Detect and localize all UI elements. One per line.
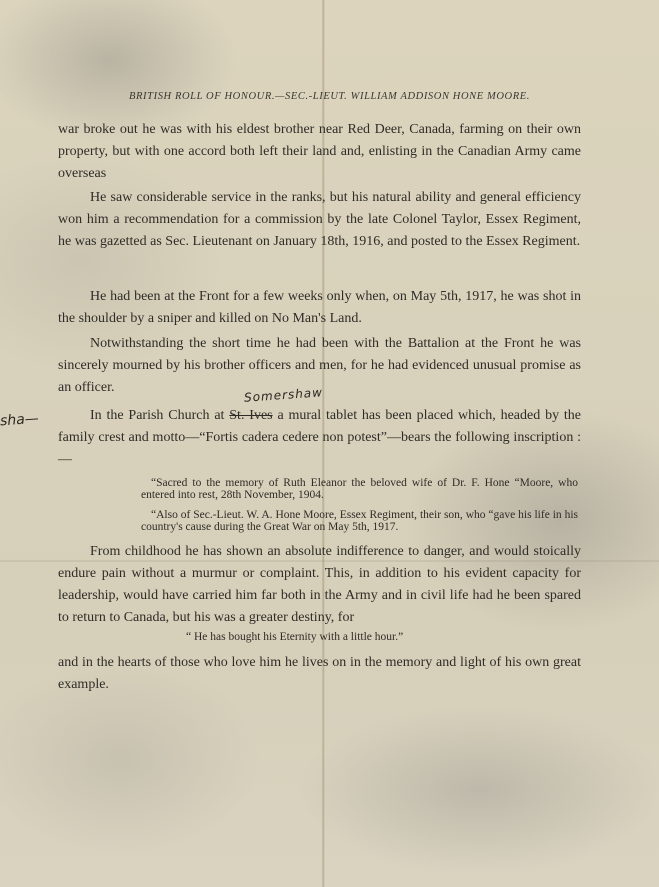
page-header: BRITISH ROLL OF HONOUR.—SEC.-LIEUT. WILL… [0,91,659,102]
inscription-son: “Also of Sec.-Lieut. W. A. Hone Moore, E… [141,509,578,533]
struck-place-name: St. Ives [229,408,272,423]
inscription-mother: “Sacred to the memory of Ruth Eleanor th… [141,477,578,501]
paragraph-closing: and in the hearts of those who love him … [58,652,581,696]
paragraph-parish-church: In the Parish Church at St. Ives a mural… [58,405,581,471]
paragraph-character: From childhood he has shown an absolute … [58,541,581,629]
eternity-quote: “ He has bought his Eternity with a litt… [186,631,403,643]
p5-text-before: In the Parish Church at [90,408,229,423]
paragraph-commission: He saw considerable service in the ranks… [58,187,581,253]
paragraph-enlistment: war broke out he was with his eldest bro… [58,119,581,185]
handwritten-margin-mark: sha— [0,411,39,430]
paragraph-death: He had been at the Front for a few weeks… [58,286,581,330]
